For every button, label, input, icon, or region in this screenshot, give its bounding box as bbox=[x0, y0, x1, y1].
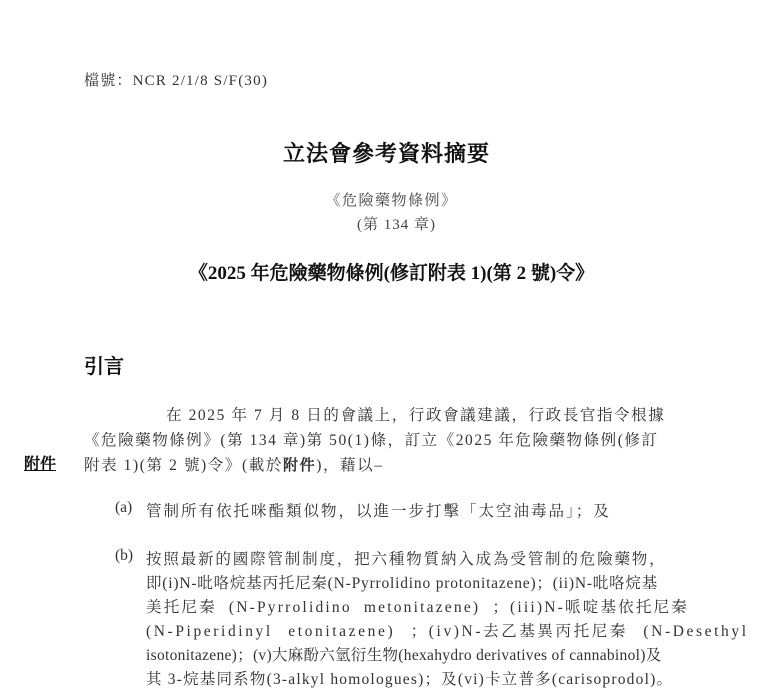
intro-paragraph-line: 附表 1)(第 2 號)令》(載於附件)，藉以– bbox=[84, 453, 384, 475]
list-item-text: 即(i)N-吡咯烷基丙托尼秦(N-Pyrrolidino protonitaze… bbox=[146, 571, 658, 593]
list-item-text: (N-Piperidinyl etonitazene) ；(iv)N-去乙基異丙… bbox=[146, 619, 749, 641]
file-number: 檔號：NCR 2/1/8 S/F(30) bbox=[84, 69, 268, 90]
annex-reference: 附件 bbox=[283, 456, 316, 474]
ordinance-name: 《危險藥物條例》 bbox=[0, 189, 773, 210]
document-title: 立法會參考資料摘要 bbox=[0, 137, 773, 168]
intro-paragraph-line: 在 2025 年 7 月 8 日的會議上，行政會議建議，行政長官指令根據 bbox=[166, 403, 665, 425]
intro-paragraph-line: 《危險藥物條例》(第 134 章)第 50(1)條，訂立《2025 年危險藥物條… bbox=[84, 428, 659, 450]
list-item-text: 其 3-烷基同系物(3-alkyl homologues)；及(vi)卡立普多(… bbox=[146, 667, 673, 689]
list-item-label: (a) bbox=[115, 499, 132, 517]
list-item-text: 管制所有依托咪酯類似物，以進一步打擊「太空油毒品」；及 bbox=[146, 499, 611, 521]
paragraph-text: 附表 1)(第 2 號)令》(載於 bbox=[84, 457, 283, 474]
chapter-number: (第 134 章) bbox=[0, 213, 773, 234]
order-title: 《2025 年危險藥物條例(修訂附表 1)(第 2 號)令》 bbox=[0, 258, 773, 285]
section-heading: 引言 bbox=[84, 350, 124, 379]
list-item-text: 按照最新的國際管制制度，把六種物質納入成為受管制的危險藥物， bbox=[146, 547, 667, 569]
list-item-label: (b) bbox=[115, 547, 133, 565]
paragraph-text: )，藉以– bbox=[316, 457, 383, 474]
list-item-text: 美托尼秦 (N-Pyrrolidino metonitazene) ；(iii)… bbox=[146, 595, 689, 617]
annex-margin-note: 附件 bbox=[24, 451, 56, 474]
list-item-text: isotonitazene)；(v)大麻酚六氫衍生物(hexahydro der… bbox=[146, 643, 662, 665]
